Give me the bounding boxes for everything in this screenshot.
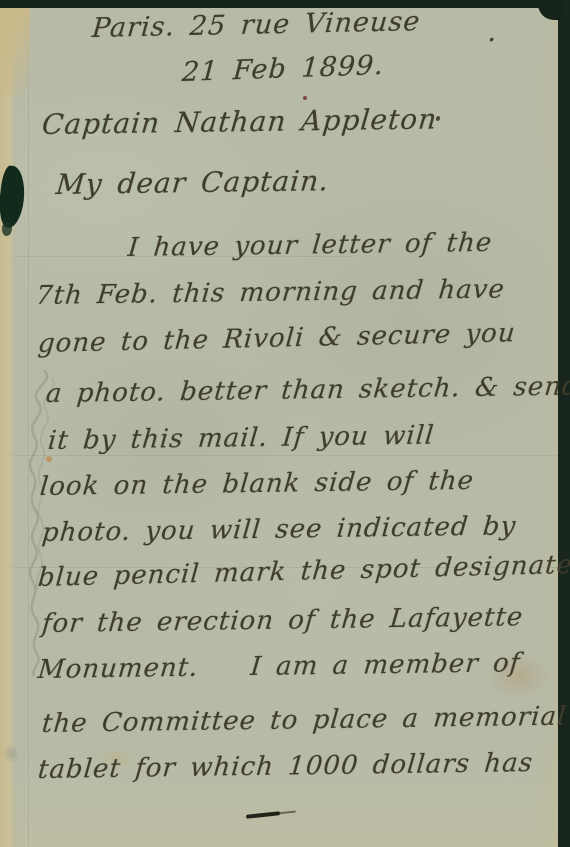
stain-spot bbox=[46, 456, 52, 462]
aged-left-edge bbox=[0, 0, 16, 847]
letter-body-line: 7th Feb. this morning and have bbox=[35, 275, 506, 310]
backing-top-edge bbox=[0, 0, 570, 8]
letter-body-phrase: I am a member of bbox=[249, 648, 522, 682]
letter-body-line: photo. you will see indicated by bbox=[41, 512, 518, 547]
scanned-letter-page: Paris. 25 rue Vineuse . 21 Feb 1899. Cap… bbox=[0, 0, 570, 847]
ink-dot-artifact bbox=[303, 96, 307, 100]
aged-top-left-corner bbox=[0, 0, 30, 95]
stain-smudge bbox=[2, 744, 20, 764]
letter-recipient-line: Captain Nathan Appleton bbox=[41, 104, 439, 140]
letter-body-line: I have your letter of the bbox=[127, 229, 494, 263]
letter-salutation-line: My dear Captain. bbox=[55, 166, 331, 201]
letter-body-line: look on the blank side of the bbox=[39, 467, 476, 502]
letter-body-line: it by this mail. If you will bbox=[47, 422, 436, 456]
letter-body-word: Monument. bbox=[37, 653, 200, 685]
